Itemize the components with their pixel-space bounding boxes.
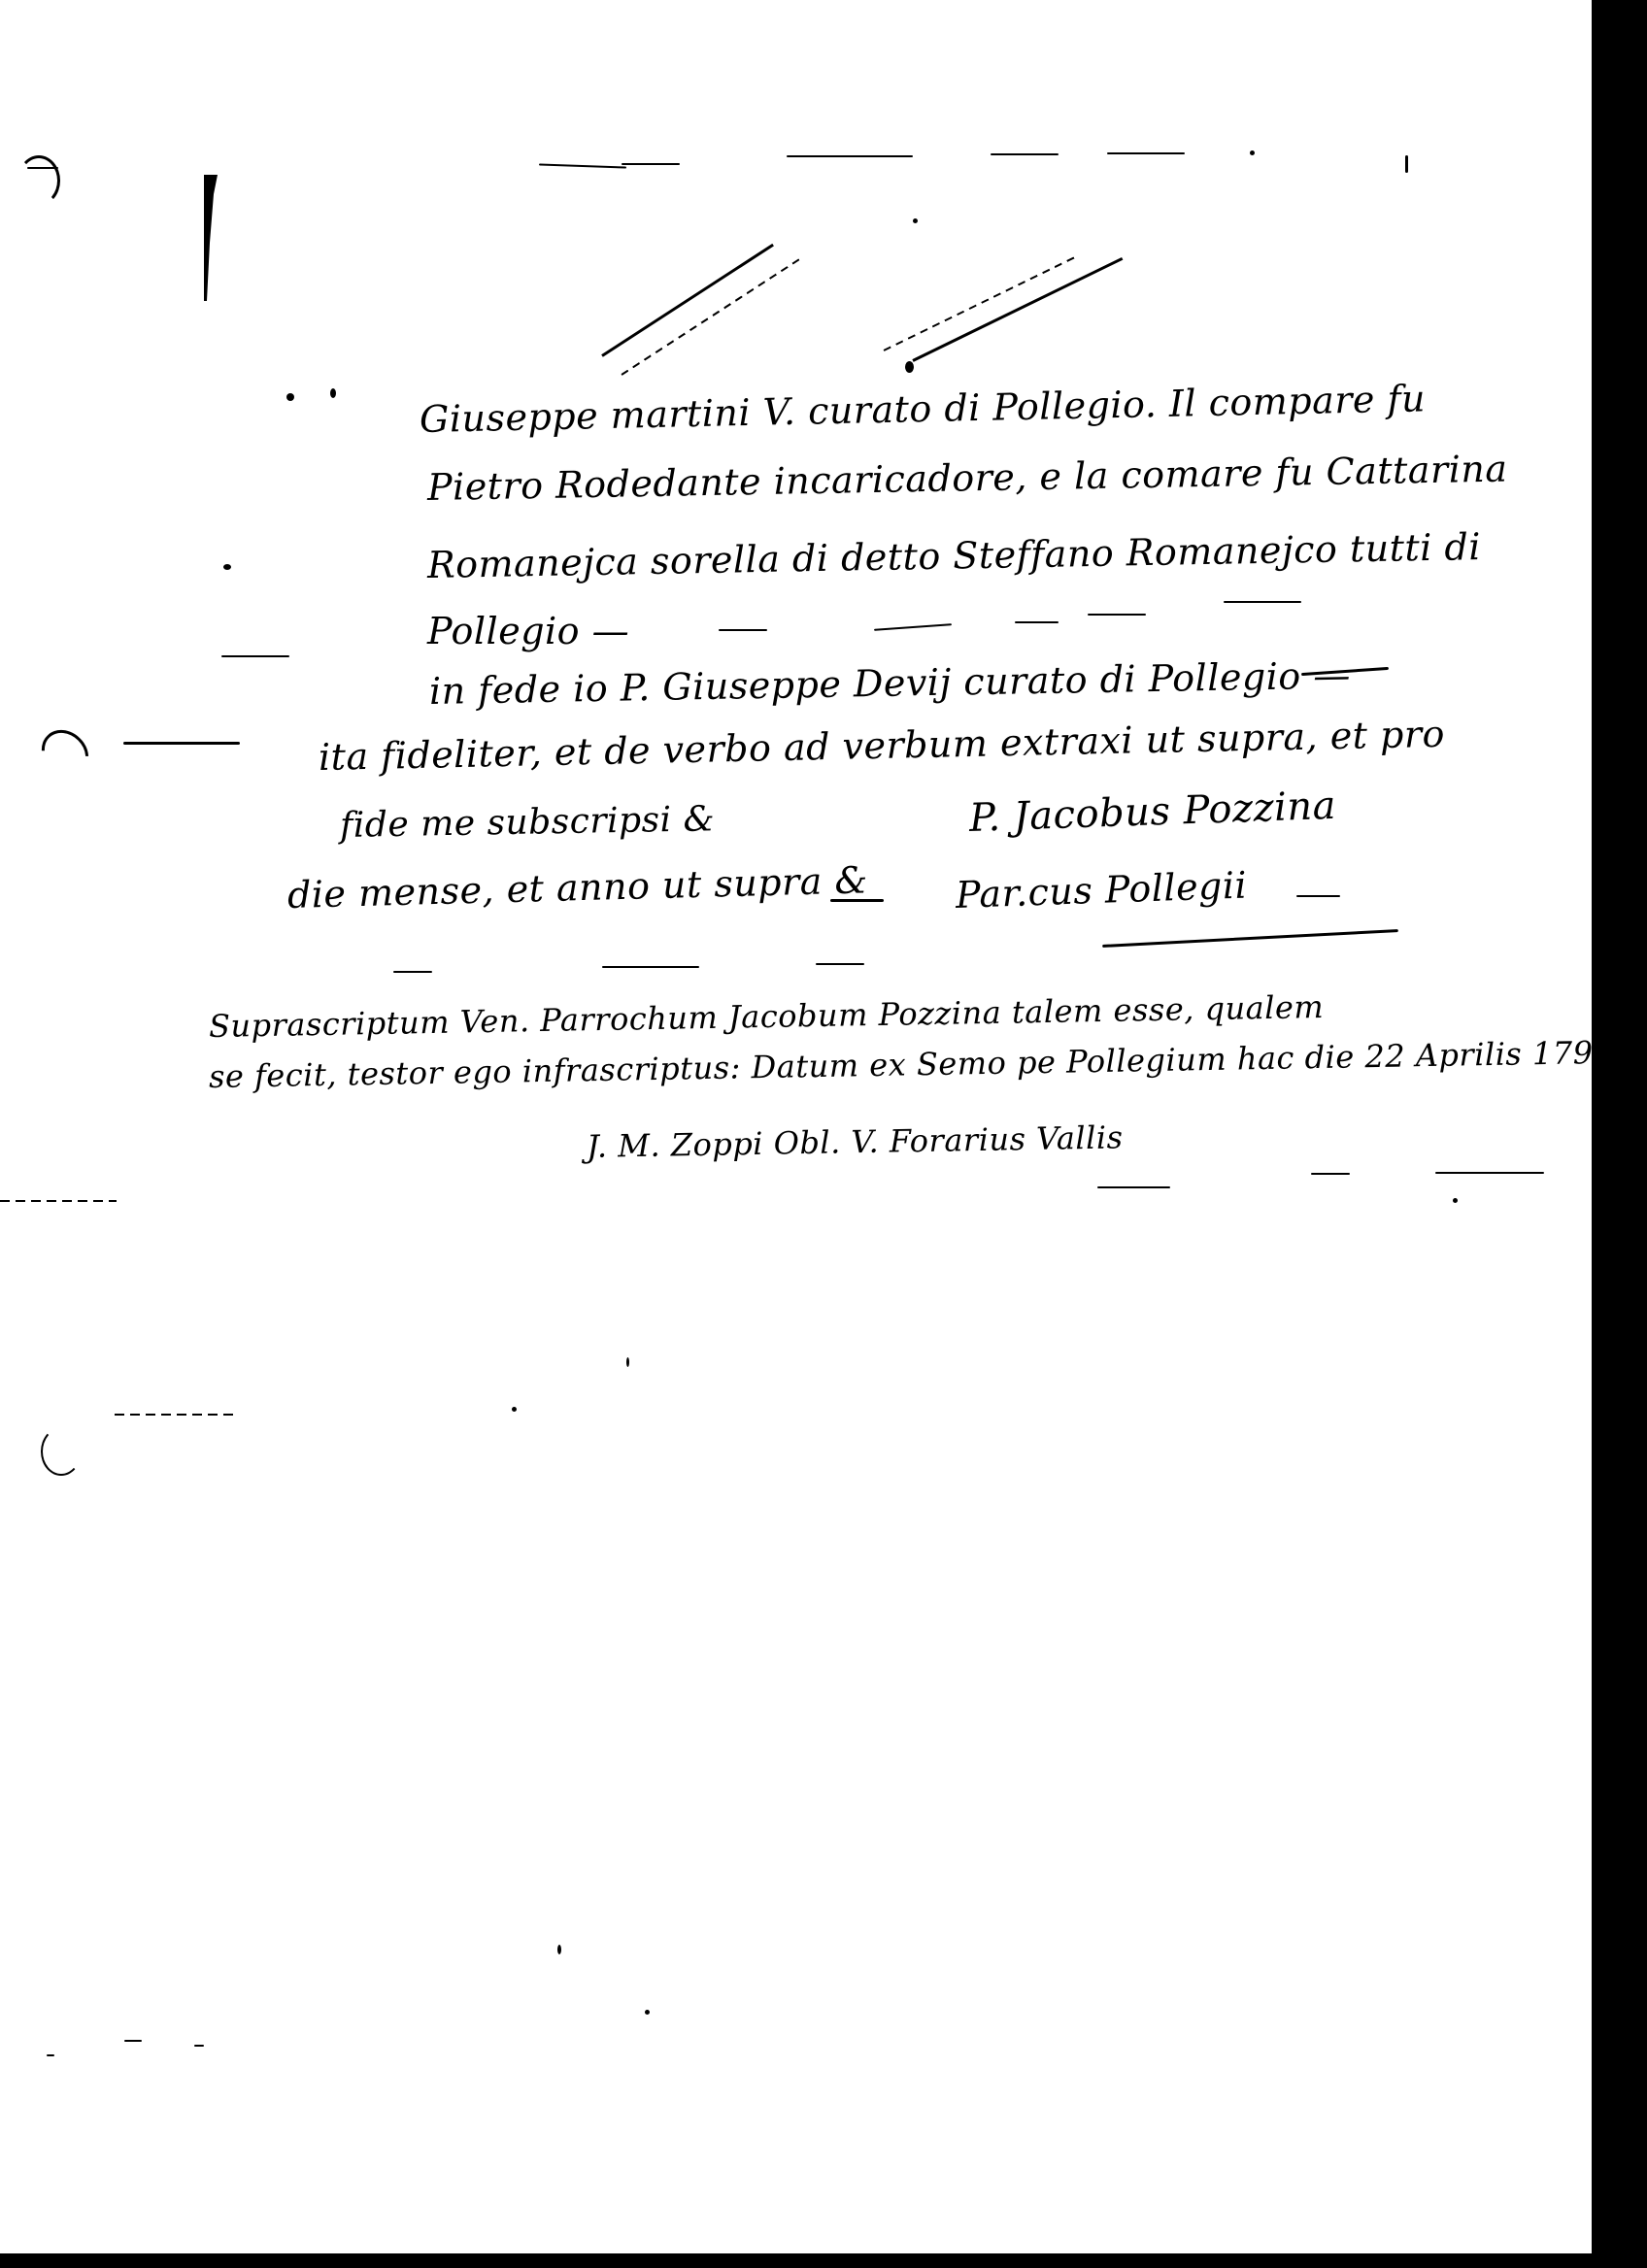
attestation-rule: [1435, 1172, 1544, 1174]
attestation-line-1: Suprascriptum Ven. Parrochum Jacobum Poz…: [209, 988, 1325, 1045]
ink-tick: [1405, 155, 1408, 173]
ink-dot: [557, 1945, 561, 1954]
signature-name: P. Jacobus Pozzina: [968, 784, 1337, 841]
entry-line-5: in fede io P. Giuseppe Devij curato di P…: [429, 653, 1352, 713]
ink-dot: [512, 1407, 517, 1412]
ink-dot: [905, 361, 914, 373]
ink-dot: [1250, 150, 1255, 155]
ink-dot: [913, 218, 918, 223]
line-filler-rule: [874, 623, 952, 631]
scan-border-bottom: [0, 2253, 1647, 2268]
signature-rule-end: [1296, 895, 1340, 897]
top-rule-1: [539, 163, 626, 168]
cancel-stroke-4: [884, 256, 1077, 351]
line-filler-rule: [1224, 601, 1301, 603]
ink-dot: [626, 1357, 629, 1367]
stray-mark: [47, 2054, 54, 2056]
closing-date-phrase: die mense, et anno ut supra &: [286, 858, 868, 917]
margin-rule-middle: [123, 742, 240, 745]
margin-ink-mark: [330, 388, 336, 398]
entry-line-4: Pollegio —: [427, 610, 629, 652]
stray-mark: [124, 2040, 142, 2042]
closing-rule: [830, 899, 884, 902]
attestation-rule: [1097, 1186, 1170, 1188]
signature-title: Par.cus Pollegii: [955, 864, 1248, 917]
margin-ink-mark: [223, 564, 231, 570]
cancel-stroke-1: [601, 244, 774, 357]
separator-rule: [816, 963, 864, 965]
entry-line-2: Pietro Rodedante incaricadore, e la coma…: [427, 448, 1508, 509]
punch-hole-mark-top: [17, 155, 60, 206]
ink-dot: [1453, 1198, 1458, 1203]
punch-hole-mark-bottom: [41, 1427, 82, 1476]
top-rule-5: [1107, 152, 1185, 154]
punch-hole-mark-middle: [32, 720, 98, 786]
margin-rule-top: [27, 167, 58, 169]
top-rule-3: [787, 155, 913, 157]
entry-line-6: ita fideliter, et de verbo ad verbum ext…: [319, 713, 1446, 779]
signature-underline: [1102, 929, 1398, 948]
margin-ink-mark: [286, 393, 294, 401]
entry-line-7: fide me subscripsi &: [340, 799, 716, 846]
line-filler-rule: [1088, 614, 1146, 616]
attestation-rule: [1311, 1173, 1350, 1175]
attestation-rule-left: [0, 1200, 117, 1202]
corner-ink-mark: [204, 175, 219, 301]
attestation-signature: J. M. Zoppi Obl. V. Forarius Vallis: [587, 1118, 1124, 1165]
cancel-stroke-2: [621, 257, 801, 375]
margin-rule-bottom: [115, 1414, 236, 1416]
attestation-line-2: se fecit, testor ego infrascriptus: Datu…: [209, 1034, 1592, 1095]
separator-rule: [602, 966, 699, 968]
scan-border-right: [1592, 0, 1647, 2268]
margin-squiggle: [221, 655, 289, 657]
top-rule-4: [991, 153, 1059, 155]
separator-rule: [393, 971, 432, 973]
line-filler-rule: [719, 629, 767, 631]
top-rule-2: [622, 163, 680, 165]
cancel-stroke-3: [912, 257, 1123, 362]
stray-mark: [194, 2045, 204, 2047]
ink-dot: [645, 2010, 650, 2015]
entry-line-1: Giuseppe martini V. curato di Pollegio. …: [420, 377, 1427, 441]
scanned-document-page: Giuseppe martini V. curato di Pollegio. …: [0, 0, 1592, 2253]
line-filler-rule: [1015, 621, 1059, 623]
entry-line-3: Romanejca sorella di detto Steffano Roma…: [427, 525, 1482, 586]
